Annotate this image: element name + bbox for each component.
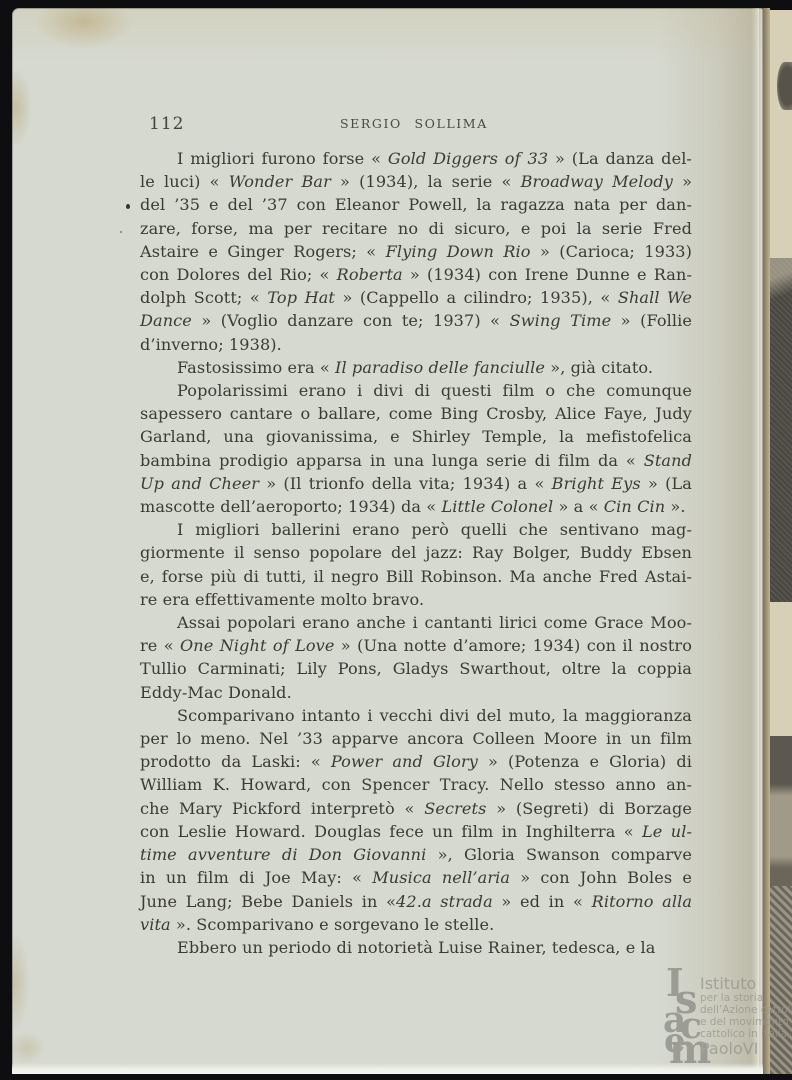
paragraph: I migliori ballerini erano però quelli c… xyxy=(140,518,692,611)
isacem-watermark: I s a c e m Istituto per la storia dell’… xyxy=(658,966,792,1072)
paragraph: Scomparivano intanto i vecchi divi del m… xyxy=(140,704,692,936)
text-line: Astaire e Ginger Rogers; « Flying Down R… xyxy=(140,240,692,263)
text-line: bambina prodigio apparsa in una lunga se… xyxy=(140,449,692,472)
text-line: Eddy-Mac Donald. xyxy=(140,681,692,704)
page-body: I migliori furono forse « Gold Diggers o… xyxy=(140,147,692,959)
watermark-line: per la storia xyxy=(700,992,792,1004)
text-line: e, forse più di tutti, il negro Bill Rob… xyxy=(140,565,692,588)
text-line: Dance » (Voglio danzare con te; 1937) « … xyxy=(140,309,692,332)
text-line: William K. Howard, con Spencer Tracy. Ne… xyxy=(140,773,692,796)
page-number: 112 xyxy=(149,114,184,134)
text-line: Fastosissimo era « Il paradiso delle fan… xyxy=(140,356,692,379)
text-line: Popolarissimi erano i divi di questi fil… xyxy=(140,379,692,402)
text-line: con Dolores del Rio; « Roberta » (1934) … xyxy=(140,263,692,286)
text-line: Scomparivano intanto i vecchi divi del m… xyxy=(140,704,692,727)
watermark-line: e del movimento xyxy=(700,1016,792,1028)
text-line: mascotte dell’aeroporto; 1934) da « Litt… xyxy=(140,495,692,518)
ink-speck xyxy=(126,204,130,209)
paragraph: I migliori furono forse « Gold Diggers o… xyxy=(140,147,692,356)
watermark-line: PaoloVI xyxy=(700,1040,792,1057)
scan-background: { "page": { "page_number": "112", "runni… xyxy=(0,0,792,1080)
text-line: dolph Scott; « Top Hat » (Cappello a cil… xyxy=(140,286,692,309)
text-line: Tullio Carminati; Lily Pons, Gladys Swar… xyxy=(140,657,692,680)
paragraph: Assai popolari erano anche i cantanti li… xyxy=(140,611,692,704)
text-line: I migliori ballerini erano però quelli c… xyxy=(140,518,692,541)
photo-fragment-portrait xyxy=(777,62,792,110)
photo-fragment-dark-plate xyxy=(770,258,792,602)
text-line: per lo meno. Nel ’33 apparve ancora Coll… xyxy=(140,727,692,750)
text-line: Assai popolari erano anche i cantanti li… xyxy=(140,611,692,634)
text-line: le luci) « Wonder Bar » (1934), la serie… xyxy=(140,170,692,193)
text-line: Garland, una giovanissima, e Shirley Tem… xyxy=(140,425,692,448)
text-line: che Mary Pickford interpretò « Secrets »… xyxy=(140,797,692,820)
text-line: zare, forse, ma per recitare no di sicur… xyxy=(140,217,692,240)
isacem-logo: I s a c e m xyxy=(658,966,700,1072)
page-edge-highlight xyxy=(751,8,759,1074)
text-line: I migliori furono forse « Gold Diggers o… xyxy=(140,147,692,170)
paragraph: Fastosissimo era « Il paradiso delle fan… xyxy=(140,356,692,379)
text-line: re « One Night of Love » (Una notte d’am… xyxy=(140,634,692,657)
text-line: prodotto da Laski: « Power and Glory » (… xyxy=(140,750,692,773)
text-line: in un film di Joe May: « Musica nell’ari… xyxy=(140,866,692,889)
ink-speck xyxy=(120,231,122,233)
text-line: sapessero cantare o ballare, come Bing C… xyxy=(140,402,692,425)
paragraph: Ebbero un periodo di notorietà Luise Rai… xyxy=(140,936,692,959)
watermark-text: Istituto per la storia dell’Azione catto… xyxy=(700,975,792,1057)
adjacent-page-strip xyxy=(770,10,792,1074)
text-line: con Leslie Howard. Douglas fece un film … xyxy=(140,820,692,843)
text-line: Ebbero un periodo di notorietà Luise Rai… xyxy=(140,936,692,959)
watermark-line: dell’Azione cattolica xyxy=(700,1004,792,1016)
text-line: June Lang; Bebe Daniels in «42.a strada … xyxy=(140,890,692,913)
gutter-shadow xyxy=(763,8,770,1074)
running-header: SERGIO SOLLIMA xyxy=(340,116,488,131)
page-header: 112 SERGIO SOLLIMA xyxy=(140,114,692,134)
text-line: del ’35 e del ’37 con Eleanor Powell, la… xyxy=(140,193,692,216)
text-line: vita ». Scomparivano e sorgevano le stel… xyxy=(140,913,692,936)
text-line: time avventure di Don Giovanni », Gloria… xyxy=(140,843,692,866)
text-line: Up and Cheer » (Il trionfo della vita; 1… xyxy=(140,472,692,495)
text-line: giormente il senso popolare del jazz: Ra… xyxy=(140,541,692,564)
paragraph: Popolarissimi erano i divi di questi fil… xyxy=(140,379,692,518)
watermark-line: Istituto xyxy=(700,975,792,992)
text-line: d’inverno; 1938). xyxy=(140,333,692,356)
text-line: re era effettivamente molto bravo. xyxy=(140,588,692,611)
